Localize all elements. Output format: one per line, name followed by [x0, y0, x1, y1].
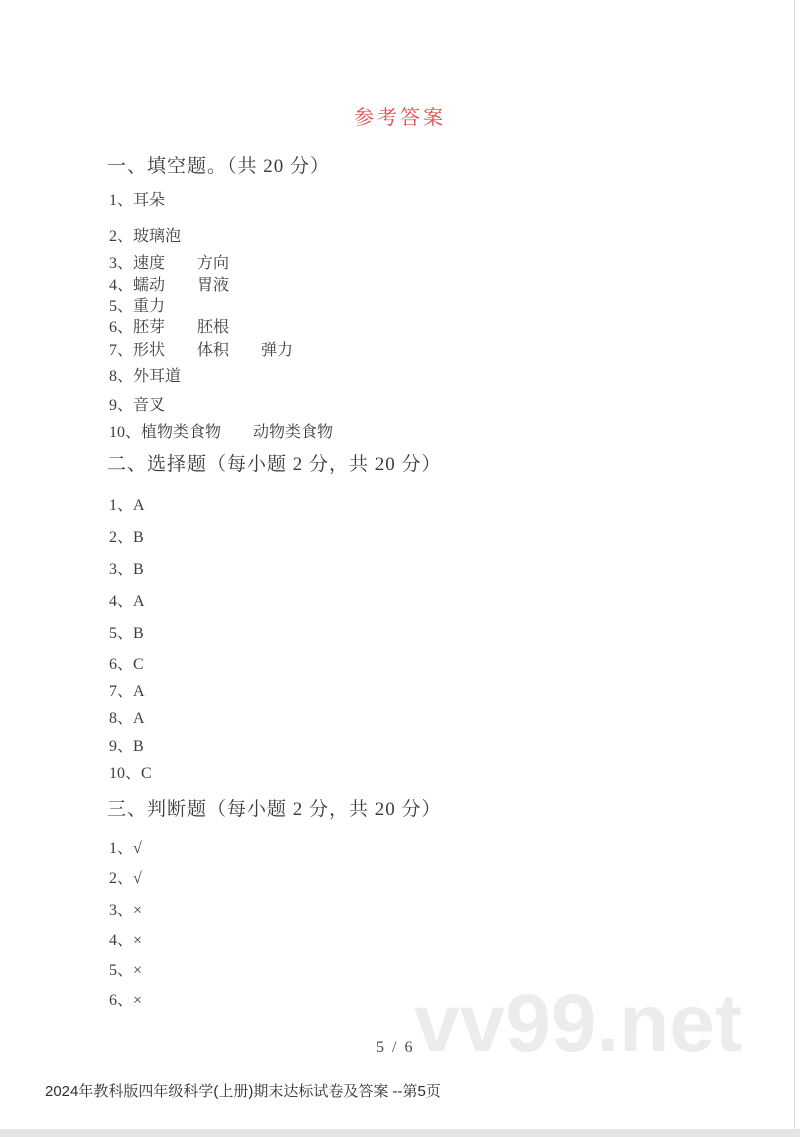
answer-item: 3、B — [109, 560, 144, 579]
answer-item: 5、重力 — [109, 297, 165, 316]
answer-item: 2、√ — [109, 869, 142, 888]
answer-item: 4、A — [109, 592, 145, 611]
answer-item: 3、× — [109, 901, 142, 920]
answer-item: 9、B — [109, 737, 144, 756]
answer-item: 9、音叉 — [109, 396, 165, 415]
answer-item: 10、C — [109, 764, 152, 783]
page-number: 5 / 6 — [376, 1039, 414, 1057]
footer-text: 2024年教科版四年级科学(上册)期末达标试卷及答案 --第5页 — [45, 1080, 441, 1101]
watermark: vv99.net — [414, 983, 742, 1065]
answer-item: 5、× — [109, 961, 142, 980]
answer-item: 4、蠕动 胃液 — [109, 276, 229, 295]
answer-item: 8、A — [109, 709, 145, 728]
page-right-border — [794, 0, 795, 1129]
bottom-edge-band — [0, 1129, 800, 1137]
section-heading-true-false: 三、判断题（每小题 2 分，共 20 分） — [107, 794, 442, 821]
answer-item: 6、× — [109, 991, 142, 1010]
answer-item: 6、胚芽 胚根 — [109, 318, 229, 337]
answer-item: 7、形状 体积 弹力 — [109, 341, 293, 360]
answer-item: 4、× — [109, 931, 142, 950]
answer-item: 3、速度 方向 — [109, 254, 229, 273]
answer-item: 1、√ — [109, 839, 142, 858]
page-title: 参考答案 — [0, 101, 800, 130]
answer-item: 7、A — [109, 682, 145, 701]
answer-item: 2、玻璃泡 — [109, 227, 181, 246]
answer-sheet-page: vv99.net 参考答案 一、填空题。（共 20 分） 1、耳朵 2、玻璃泡 … — [0, 0, 800, 1137]
answer-item: 8、外耳道 — [109, 367, 181, 386]
answer-item: 2、B — [109, 528, 144, 547]
answer-item: 1、A — [109, 496, 145, 515]
answer-item: 5、B — [109, 624, 144, 643]
answer-item: 10、植物类食物 动物类食物 — [109, 423, 333, 442]
section-heading-multiple-choice: 二、选择题（每小题 2 分，共 20 分） — [107, 449, 442, 476]
answer-item: 1、耳朵 — [109, 191, 165, 210]
answer-item: 6、C — [109, 655, 144, 674]
section-heading-fill-blank: 一、填空题。（共 20 分） — [107, 151, 330, 178]
